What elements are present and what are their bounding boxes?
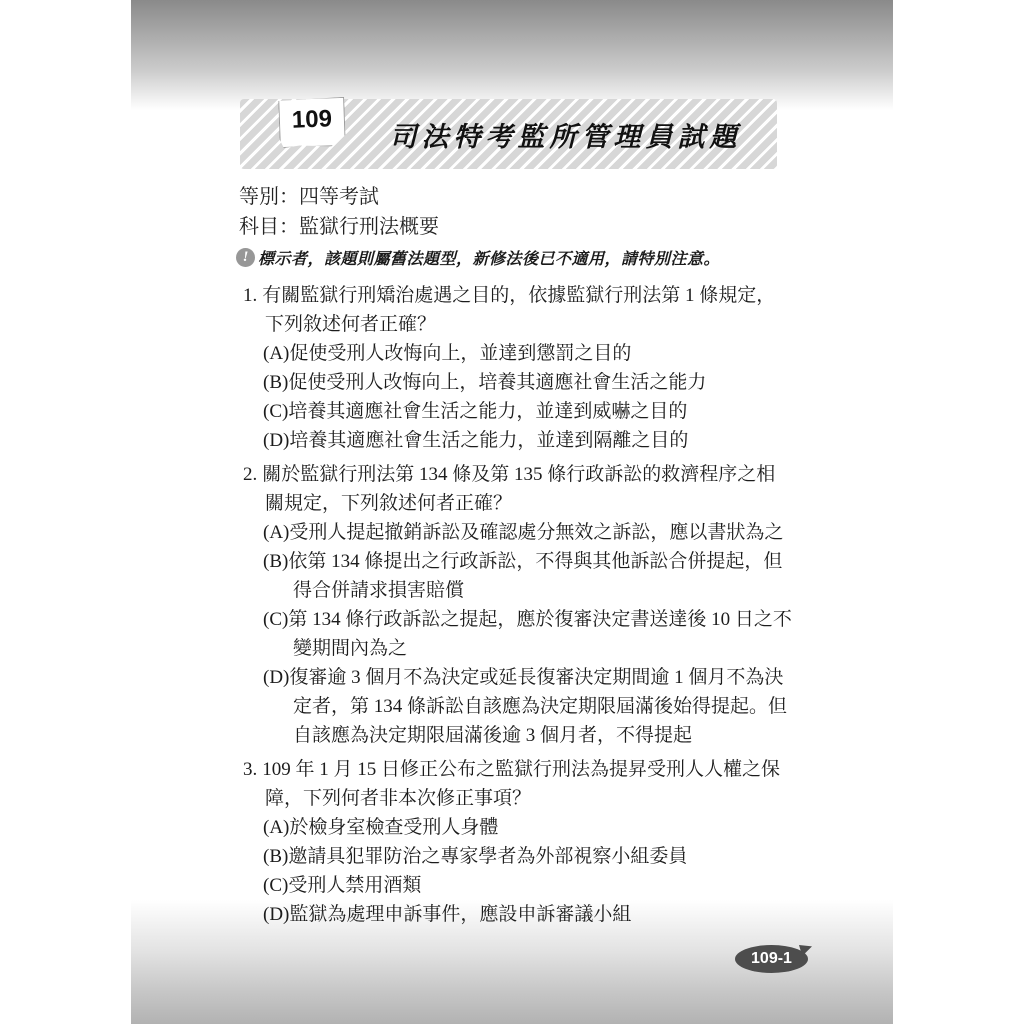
option-label: (A)	[263, 522, 289, 543]
option-label: (A)	[263, 817, 289, 838]
question-stem-text: 關於監獄行刑法第 134 條及第 135 條行政訴訟的救濟程序之相關規定，下列敘…	[262, 464, 775, 514]
option-text: 第 134 條行政訴訟之提起，應於復審決定書送達後 10 日之不變期間內為之	[288, 609, 792, 659]
option-label: (D)	[263, 430, 289, 451]
option-text: 受刑人禁用酒類	[288, 875, 421, 896]
answer-option: (B)邀請具犯罪防治之專家學者為外部視察小組委員	[243, 842, 793, 871]
year-badge: 109	[278, 97, 346, 148]
page-number-badge: 109-1	[735, 945, 808, 973]
page-number: 109-1	[751, 950, 792, 968]
answer-option: (D)監獄為處理申訴事件，應設申訴審議小組	[243, 900, 793, 929]
answer-option: (A)促使受刑人改悔向上，並達到懲罰之目的	[243, 339, 793, 368]
answer-option: (C)培養其適應社會生活之能力，並達到威嚇之目的	[243, 397, 793, 426]
option-label: (B)	[263, 551, 288, 572]
option-label: (B)	[263, 846, 288, 867]
option-text: 培養其適應社會生活之能力，並達到隔離之目的	[289, 430, 688, 451]
option-text: 促使受刑人改悔向上，並達到懲罰之目的	[289, 343, 631, 364]
question-stem: 2.關於監獄行刑法第 134 條及第 135 條行政訴訟的救濟程序之相關規定，下…	[243, 460, 793, 518]
option-label: (C)	[263, 875, 288, 896]
answer-option: (A)受刑人提起撤銷訴訟及確認處分無效之訴訟，應以書狀為之	[243, 518, 793, 547]
question-stem-text: 有關監獄行刑矯治處遇之目的，依據監獄行刑法第 1 條規定，下列敘述何者正確？	[262, 285, 775, 335]
option-label: (C)	[263, 401, 288, 422]
option-label: (C)	[263, 609, 288, 630]
option-text: 監獄為處理申訴事件，應設申訴審議小組	[289, 904, 631, 925]
question-1: 1.有關監獄行刑矯治處遇之目的，依據監獄行刑法第 1 條規定，下列敘述何者正確？…	[243, 281, 793, 455]
question-list: 1.有關監獄行刑矯治處遇之目的，依據監獄行刑法第 1 條規定，下列敘述何者正確？…	[243, 281, 793, 934]
option-text: 邀請具犯罪防治之專家學者為外部視察小組委員	[288, 846, 687, 867]
question-number: 3.	[243, 759, 262, 780]
option-text: 促使受刑人改悔向上，培養其適應社會生活之能力	[288, 372, 706, 393]
question-2: 2.關於監獄行刑法第 134 條及第 135 條行政訴訟的救濟程序之相關規定，下…	[243, 460, 793, 750]
answer-option: (A)於檢身室檢查受刑人身體	[243, 813, 793, 842]
exclamation-icon: !	[236, 248, 255, 267]
exam-subject: 科目：監獄行刑法概要	[239, 212, 439, 242]
answer-option: (D)培養其適應社會生活之能力，並達到隔離之目的	[243, 426, 793, 455]
option-text: 受刑人提起撤銷訴訟及確認處分無效之訴訟，應以書狀為之	[289, 522, 783, 543]
answer-option: (D)復審逾 3 個月不為決定或延長復審決定期間逾 1 個月不為決定者，第 13…	[243, 663, 793, 750]
option-label: (A)	[263, 343, 289, 364]
question-3: 3.109 年 1 月 15 日修正公布之監獄行刑法為提昇受刑人人權之保障，下列…	[243, 755, 793, 929]
option-label: (D)	[263, 904, 289, 925]
question-number: 1.	[243, 285, 262, 306]
scanned-exam-page: 109 司法特考監所管理員試題 等別：四等考試 科目：監獄行刑法概要 ! 標示者…	[0, 0, 1024, 1024]
question-stem: 1.有關監獄行刑矯治處遇之目的，依據監獄行刑法第 1 條規定，下列敘述何者正確？	[243, 281, 793, 339]
question-stem-text: 109 年 1 月 15 日修正公布之監獄行刑法為提昇受刑人人權之保障，下列何者…	[262, 759, 780, 809]
question-stem: 3.109 年 1 月 15 日修正公布之監獄行刑法為提昇受刑人人權之保障，下列…	[243, 755, 793, 813]
option-label: (D)	[263, 667, 289, 688]
answer-option: (C)受刑人禁用酒類	[243, 871, 793, 900]
option-text: 復審逾 3 個月不為決定或延長復審決定期間逾 1 個月不為決定者，第 134 條…	[289, 667, 787, 746]
notice-text: 標示者，該題則屬舊法題型，新修法後已不適用，請特別注意。	[258, 246, 720, 269]
exam-title-banner: 109 司法特考監所管理員試題	[240, 99, 777, 169]
old-law-notice: ! 標示者，該題則屬舊法題型，新修法後已不適用，請特別注意。	[236, 246, 796, 269]
answer-option: (B)依第 134 條提出之行政訴訟，不得與其他訴訟合併提起，但得合併請求損害賠…	[243, 547, 793, 605]
exam-meta: 等別：四等考試 科目：監獄行刑法概要	[239, 182, 439, 242]
option-text: 培養其適應社會生活之能力，並達到威嚇之目的	[288, 401, 687, 422]
option-text: 依第 134 條提出之行政訴訟，不得與其他訴訟合併提起，但得合併請求損害賠償	[288, 551, 782, 601]
year-badge-label: 109	[291, 105, 332, 134]
question-number: 2.	[243, 464, 262, 485]
answer-option: (C)第 134 條行政訴訟之提起，應於復審決定書送達後 10 日之不變期間內為…	[243, 605, 793, 663]
option-label: (B)	[263, 372, 288, 393]
exam-level: 等別：四等考試	[239, 182, 439, 212]
option-text: 於檢身室檢查受刑人身體	[289, 817, 498, 838]
answer-option: (B)促使受刑人改悔向上，培養其適應社會生活之能力	[243, 368, 793, 397]
page-top-scan-shadow	[131, 0, 893, 110]
exam-title: 司法特考監所管理員試題	[358, 99, 773, 169]
